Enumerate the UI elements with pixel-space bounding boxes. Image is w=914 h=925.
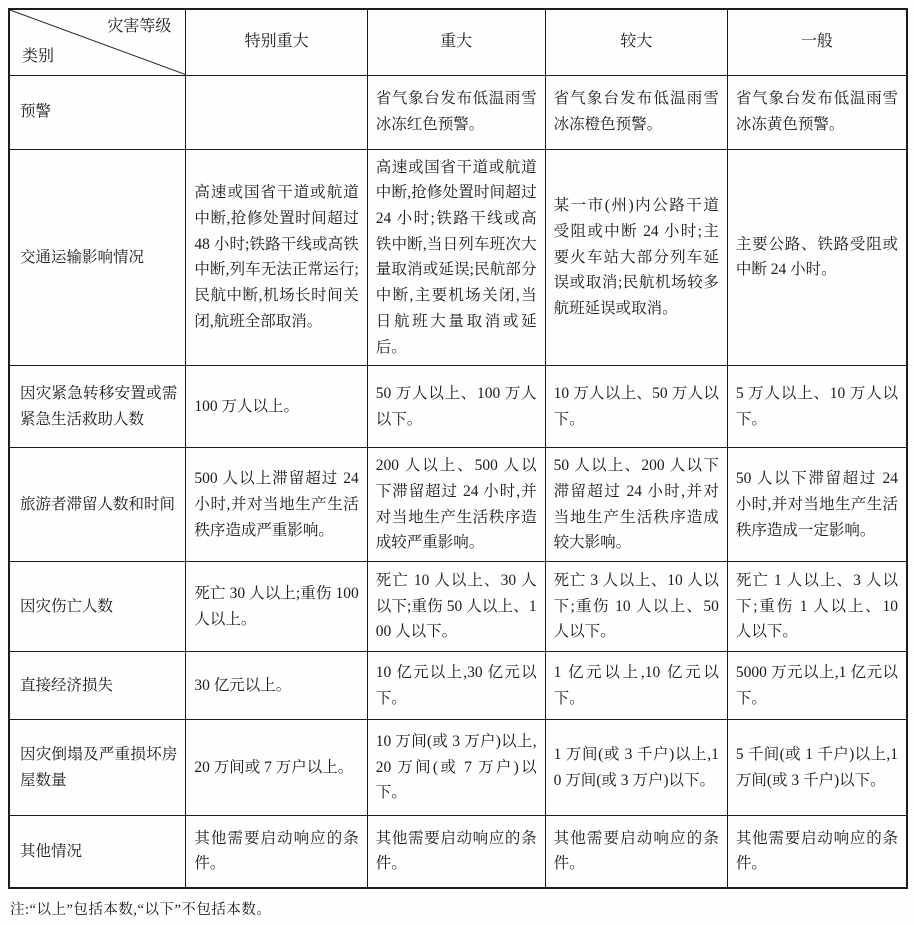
table-row-stranded-tourists: 旅游者滞留人数和时间 500 人以上滞留超过 24 小时,并对当地生产生活秩序造… (9, 448, 907, 562)
table-cell: 500 人以上滞留超过 24 小时,并对当地生产生活秩序造成严重影响。 (186, 448, 367, 562)
col-header-especially-major: 特别重大 (186, 9, 367, 75)
table-cell: 其他需要启动响应的条件。 (186, 816, 367, 888)
table-row-other-conditions: 其他情况 其他需要启动响应的条件。 其他需要启动响应的条件。 其他需要启动响应的… (9, 816, 907, 888)
table-cell: 50 人以下滞留超过 24 小时,并对当地生产生活秩序造成一定影响。 (727, 448, 907, 562)
table-row-economic-loss: 直接经济损失 30 亿元以上。 10 亿元以上,30 亿元以下。 1 亿元以上,… (9, 652, 907, 720)
table-cell: 10 万人以上、50 万人以下。 (545, 366, 727, 448)
table-row-warning: 预警 省气象台发布低温雨雪冰冻红色预警。 省气象台发布低温雨雪冰冻橙色预警。 省… (9, 75, 907, 149)
table-cell: 30 亿元以上。 (186, 652, 367, 720)
col-header-relatively-large: 较大 (545, 9, 727, 75)
table-cell: 10 万间(或 3 万户)以上,20 万间(或 7 万户)以下。 (367, 720, 545, 816)
table-cell: 省气象台发布低温雨雪冰冻黄色预警。 (727, 75, 907, 149)
table-cell: 5 千间(或 1 千户)以上,1 万间(或 3 千户)以下。 (727, 720, 907, 816)
table-row-transport-impact: 交通运输影响情况 高速或国省干道或航道中断,抢修处置时间超过 48 小时;铁路干… (9, 149, 907, 366)
corner-header-cell: 灾害等级 类别 (9, 9, 186, 75)
table-cell: 主要公路、铁路受阻或中断 24 小时。 (727, 149, 907, 366)
table-cell: 其他需要启动响应的条件。 (367, 816, 545, 888)
table-cell: 1 万间(或 3 千户)以上,10 万间(或 3 万户)以下。 (545, 720, 727, 816)
table-cell: 高速或国省干道或航道中断,抢修处置时间超过 24 小时;铁路干线或高铁中断,当日… (367, 149, 545, 366)
header-row: 灾害等级 类别 特别重大 重大 较大 一般 (9, 9, 907, 75)
col-header-major: 重大 (367, 9, 545, 75)
row-category: 旅游者滞留人数和时间 (9, 448, 186, 562)
table-cell: 其他需要启动响应的条件。 (545, 816, 727, 888)
table-cell: 死亡 1 人以上、3 人以下;重伤 1 人以上、10 人以下。 (727, 562, 907, 652)
table-cell: 死亡 30 人以上;重伤 100 人以上。 (186, 562, 367, 652)
col-header-general: 一般 (727, 9, 907, 75)
disaster-level-table: 灾害等级 类别 特别重大 重大 较大 一般 预警 省气象台发布低温雨雪冰冻红色预… (8, 8, 908, 889)
footnote: 注:“以上”包括本数,“以下”不包括本数。 (10, 898, 908, 919)
document-page: 灾害等级 类别 特别重大 重大 较大 一般 预警 省气象台发布低温雨雪冰冻红色预… (0, 0, 914, 925)
table-cell: 高速或国省干道或航道中断,抢修处置时间超过 48 小时;铁路干线或高铁中断,列车… (186, 149, 367, 366)
table-cell: 50 人以上、200 人以下滞留超过 24 小时,并对当地生产生活秩序造成较大影… (545, 448, 727, 562)
table-row-casualties: 因灾伤亡人数 死亡 30 人以上;重伤 100 人以上。 死亡 10 人以上、3… (9, 562, 907, 652)
row-category: 因灾伤亡人数 (9, 562, 186, 652)
table-cell: 死亡 3 人以上、10 人以下;重伤 10 人以上、50 人以下。 (545, 562, 727, 652)
row-category: 因灾倒塌及严重损坏房屋数量 (9, 720, 186, 816)
table-cell: 5 万人以上、10 万人以下。 (727, 366, 907, 448)
row-category: 其他情况 (9, 816, 186, 888)
table-cell: 20 万间或 7 万户以上。 (186, 720, 367, 816)
row-category: 交通运输影响情况 (9, 149, 186, 366)
table-row-relocated-people: 因灾紧急转移安置或需紧急生活救助人数 100 万人以上。 50 万人以上、100… (9, 366, 907, 448)
row-category: 直接经济损失 (9, 652, 186, 720)
table-cell: 省气象台发布低温雨雪冰冻红色预警。 (367, 75, 545, 149)
table-cell: 100 万人以上。 (186, 366, 367, 448)
corner-label-disaster-level: 灾害等级 (107, 17, 171, 38)
table-cell: 省气象台发布低温雨雪冰冻橙色预警。 (545, 75, 727, 149)
row-category: 预警 (9, 75, 186, 149)
table-cell: 某一市(州)内公路干道受阻或中断 24 小时;主要火车站大部分列车延误或取消;民… (545, 149, 727, 366)
table-cell: 死亡 10 人以上、30 人以下;重伤 50 人以上、100 人以下。 (367, 562, 545, 652)
table-cell: 5000 万元以上,1 亿元以下。 (727, 652, 907, 720)
table-cell: 200 人以上、500 人以下滞留超过 24 小时,并对当地生产生活秩序造成较严… (367, 448, 545, 562)
table-cell: 50 万人以上、100 万人以下。 (367, 366, 545, 448)
table-row-damaged-houses: 因灾倒塌及严重损坏房屋数量 20 万间或 7 万户以上。 10 万间(或 3 万… (9, 720, 907, 816)
table-cell: 1 亿元以上,10 亿元以下。 (545, 652, 727, 720)
corner-label-category: 类别 (22, 47, 54, 68)
table-cell: 其他需要启动响应的条件。 (727, 816, 907, 888)
table-cell (186, 75, 367, 149)
table-cell: 10 亿元以上,30 亿元以下。 (367, 652, 545, 720)
row-category: 因灾紧急转移安置或需紧急生活救助人数 (9, 366, 186, 448)
